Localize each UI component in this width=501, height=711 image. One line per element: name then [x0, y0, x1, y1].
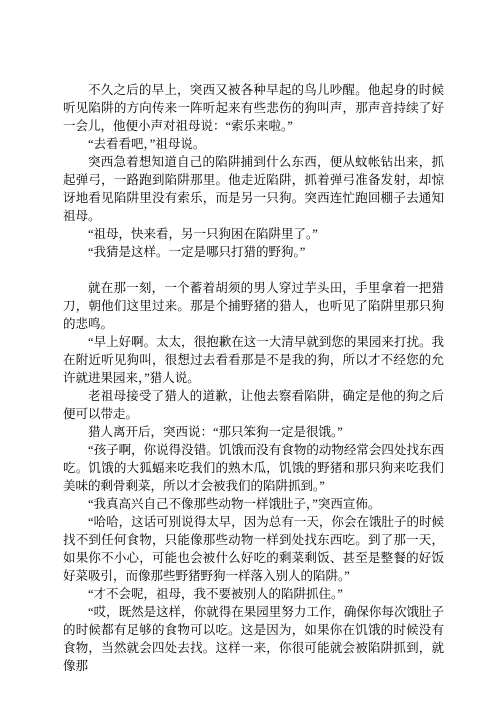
paragraph: 就在那一刻，一个蓄着胡须的男人穿过芋头田，手里拿着一把猎刀，朝他们这里过来。那是… [63, 279, 444, 333]
paragraph: “去看看吧，”祖母说。 [63, 135, 444, 153]
paragraph: “我真高兴自己不像那些动物一样饿肚子，”突西宣佈。 [63, 495, 444, 513]
paragraph: “孩子啊，你说得没错。饥饿而没有食物的动物经常会四处找东西吃。饥饿的大狐蝠来吃我… [63, 441, 444, 495]
paragraph: “早上好啊。太太，很抱歉在这一大清早就到您的果园来打扰。我在附近听见狗叫，很想过… [63, 333, 444, 387]
paragraph: “哈哈，这话可别说得太早，因为总有一天，你会在饿肚子的时候找不到任何食物，只能像… [63, 513, 444, 585]
paragraph: “我猜是这样。一定是哪只打猎的野狗。” [63, 243, 444, 261]
paragraph: 老祖母接受了猎人的道歉，让他去察看陷阱，确定是他的狗之后便可以带走。 [63, 387, 444, 423]
paragraph: 猎人离开后，突西说：“那只笨狗一定是很饿。” [63, 423, 444, 441]
story-text-block: 不久之后的早上，突西又被各种早起的鸟儿吵醒。他起身的时候听见陷阱的方向传来一阵听… [63, 81, 444, 675]
paragraph: 突西急着想知道自己的陷阱捕到什么东西，便从蚊帐钻出来，抓起弹弓，一路跑到陷阱那里… [63, 153, 444, 225]
book-page: 不久之后的早上，突西又被各种早起的鸟儿吵醒。他起身的时候听见陷阱的方向传来一阵听… [0, 0, 501, 711]
paragraph: “哎，既然是这样，你就得在果园里努力工作，确保你每次饿肚子的时候都有足够的食物可… [63, 603, 444, 675]
paragraph: “才不会呢，祖母，我不要被别人的陷阱抓住。” [63, 585, 444, 603]
paragraph: 不久之后的早上，突西又被各种早起的鸟儿吵醒。他起身的时候听见陷阱的方向传来一阵听… [63, 81, 444, 135]
paragraph: “祖母，快来看，另一只狗困在陷阱里了。” [63, 225, 444, 243]
